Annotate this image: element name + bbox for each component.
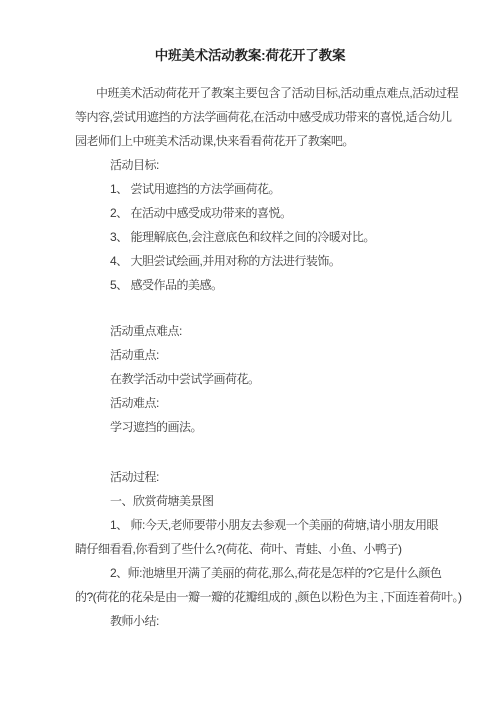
goal-item-3: 3、 能理解底色,会注意底色和纹样之间的冷暖对比。 — [75, 225, 482, 249]
process-step1-line-1: 1、 师:今天,老师要带小朋友去参观一个美丽的荷塘,请小朋友用眼 — [75, 513, 482, 537]
goal-item-4: 4、 大胆尝试绘画,并用对称的方法进行装饰。 — [75, 249, 482, 273]
focus-point-heading: 活动重点: — [75, 343, 482, 367]
intro-line-2: 等内容,尝试用遮挡的方法学画荷花,在活动中感受成功带来的喜悦,适合幼儿 — [75, 105, 482, 129]
teacher-summary-heading: 教师小结: — [75, 609, 482, 633]
process-heading: 活动过程: — [75, 465, 482, 489]
intro-line-3: 园老师们上中班美术活动课,快来看看荷花开了教案吧。 — [75, 129, 482, 153]
focus-difficulty-heading: 活动难点: — [75, 391, 482, 415]
goal-item-5: 5、 感受作品的美感。 — [75, 273, 482, 297]
process-step1-line-2: 睛仔细看看,你看到了些什么?(荷花、荷叶、青蛙、小鱼、小鸭子) — [75, 537, 482, 561]
goal-item-1: 1、 尝试用遮挡的方法学画荷花。 — [75, 177, 482, 201]
focus-heading: 活动重点难点: — [75, 319, 482, 343]
goal-item-2: 2、 在活动中感受成功带来的喜悦。 — [75, 201, 482, 225]
focus-point-text: 在教学活动中尝试学画荷花。 — [75, 367, 482, 391]
document-page: 中班美术活动教案:荷花开了教案 中班美术活动荷花开了教案主要包含了活动目标,活动… — [0, 0, 500, 707]
process-step2-line-2: 的?(荷花的花朵是由一瓣一瓣的花瓣组成的 ,颜色以粉色为主 ,下面连着荷叶。) — [75, 585, 482, 609]
document-title: 中班美术活动教案:荷花开了教案 — [0, 44, 500, 68]
focus-difficulty-text: 学习遮挡的画法。 — [75, 415, 482, 439]
intro-line-1: 中班美术活动荷花开了教案主要包含了活动目标,活动重点难点,活动过程 — [75, 81, 482, 105]
process-step2-line-1: 2、师:池塘里开满了美丽的荷花,那么,荷花是怎样的?它是什么颜色 — [75, 561, 482, 585]
goals-heading: 活动目标: — [75, 153, 482, 177]
process-section-one-heading: 一、欣赏荷塘美景图 — [75, 489, 482, 513]
